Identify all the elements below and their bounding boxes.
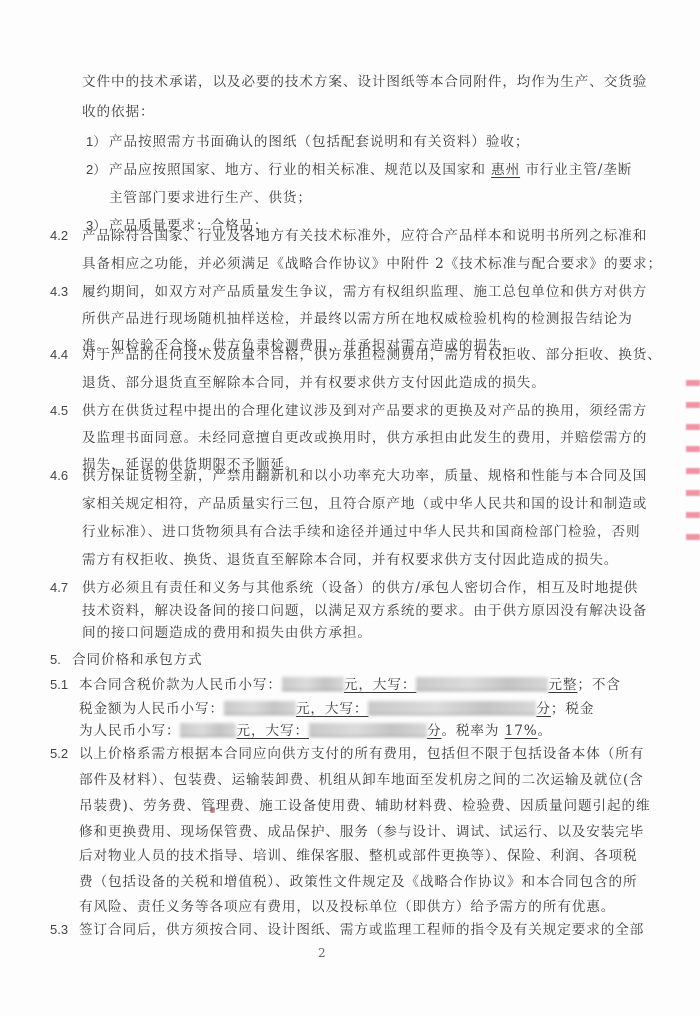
clause-5-3-line: 签订合同后，供方须按合同、设计图纸、需方或监理工程师的指令及有关规定要求的全部: [79, 920, 644, 940]
item-2-line-2: 主管部门要求进行生产、供货；: [109, 188, 312, 208]
clause-5-2-line: 后对物业人员的技术指导、培训、维保客服、整机或部件更换等）、保险、利润、各项税: [79, 846, 637, 866]
red-seal-stamp: [686, 380, 700, 550]
clause-5-1-line-2: 税金额为人民币小写：元，大写：分；税金: [79, 699, 594, 719]
clause-5-2-line: 修和更换费用、现场保管费、成品保护、服务（参与设计、调试、试运行、以及安装完毕: [79, 822, 644, 842]
page-number: 2: [318, 946, 326, 960]
clause-4-3-line: 所供产品进行现场随机抽样送检，并最终以需方所在地权威检验机构的检测报告结论为: [82, 309, 633, 329]
clause-5-1-line-3: 为人民币小写：元，大写：分。税率为 17%。: [79, 721, 552, 741]
clause-4-4-line: 退货、部分退货直至解除本合同，并有权要求供方支付因此造成的损失。: [82, 373, 546, 393]
clause-5-2-line: 部件及材料）、包装费、运输装卸费、机组从卸车地面至发机房之间的二次运输及就位(含: [79, 770, 644, 790]
redacted-amount-words: [368, 701, 536, 715]
clause-4-4-number: 4.4: [50, 345, 68, 365]
label: 。税率为: [441, 723, 504, 739]
label: 本合同含税价款为人民币小写：: [79, 677, 282, 693]
clause-4-7-line: 技术资料，解决设备间的接口问题，以满足双方系统的要求。由于供方原因没有解决设备: [82, 601, 647, 621]
clause-4-6-line: 行业标准）、进口货物须具有合法手续和途径并通过中华人民共和国商检部门检验，否则: [82, 522, 640, 542]
label: 元，大写：: [236, 723, 308, 739]
label: ；不含: [577, 677, 620, 693]
clause-4-5-line: 及监理书面同意。未经同意擅自更改或换用时，供方承担由此发生的费用，并赔偿需方的: [82, 428, 647, 448]
redacted-amount: [180, 723, 236, 737]
clause-5-1-number: 5.1: [50, 675, 68, 695]
intro-line-1: 文件中的技术承诺，以及必要的技术方案、设计图纸等本合同附件，均作为生产、交货验: [82, 72, 647, 92]
clause-4-4-line: 对于产品的任何技术及质量不合格，供方承担检测费用，需方有权拒收、部分拒收、换货、: [82, 345, 662, 365]
item-1-number: 1）: [86, 132, 106, 152]
clause-4-6-line: 供方保证货物全新，严禁用翻新机和以小功率充大功率，质量、规格和性能与本合同及国: [82, 466, 647, 486]
clause-5-2-number: 5.2: [50, 744, 68, 764]
item-2-number: 2）: [86, 160, 106, 180]
clause-4-7-line: 供方必须且有责任和义务与其他系统（设备）的供方/承包人密切合作，相互及时地提供: [82, 578, 638, 598]
redacted-amount: [282, 677, 344, 691]
redacted-amount-words: [309, 723, 427, 737]
clause-4-6-line: 家相关规定相符，产品质量实行三包，且符合原产地（或中华人民共和国的设计和制造或: [82, 494, 647, 514]
intro-line-2: 收的依据：: [82, 102, 154, 122]
label: 税金额为人民币小写：: [79, 701, 224, 717]
clause-4-6-number: 4.6: [50, 466, 68, 486]
clause-5-3-number: 5.3: [50, 920, 68, 940]
clause-5-2-line: 吊装费)、劳务费、管理费、施工设备使用费、辅助材料费、检验费、因质量问题引起的维: [79, 796, 650, 816]
clause-4-5-number: 4.5: [50, 401, 68, 421]
label: 分: [427, 723, 442, 739]
label: 元，大写：: [296, 701, 368, 717]
clause-4-3-line: 履约期间，如双方对产品质量发生争议，需方有权组织监理、施工总包单位和供方对供方: [82, 282, 647, 302]
label: 元，大写：: [344, 677, 416, 693]
clause-5-2-line: 费（包括设备的关税和增值税）、政策性文件规定及《战略合作协议》和本合同包含的所: [79, 872, 637, 892]
label: 元整: [548, 677, 577, 693]
clause-5-1-line-1: 本合同含税价款为人民币小写：元，大写：元整；不含: [79, 675, 621, 695]
clause-4-2-line: 产品除符合国家、行业及各地方有关技术标准外，应符合产品样本和说明书所列之标准和: [82, 226, 647, 246]
tax-rate: 17%: [505, 723, 538, 739]
clause-4-2-line: 具备相应之功能，并必须满足《战略合作协议》中附件 2《技术标准与配合要求》的要求…: [82, 254, 662, 274]
clause-5-2-line: 有风险、责任义务等各项应有费用，以及投标单位（即供方）给予需方的所有优惠。: [79, 897, 615, 917]
clause-5-2-line: 以上价格系需方根据本合同应向供方支付的所有费用，包括但不限于包括设备本体（所有: [79, 744, 644, 764]
clause-4-2-number: 4.2: [50, 226, 68, 246]
clause-4-5-line: 供方在供货过程中提出的合理化建议涉及到对产品要求的更换及对产品的换用，须经需方: [82, 401, 647, 421]
redacted-amount-words: [416, 677, 548, 691]
clause-4-6-line: 需方有权拒收、换货、退货直至解除本合同，并有权要求供方支付因此造成的损失。: [82, 550, 618, 570]
ink-mark: [210, 807, 215, 813]
clause-4-7-line: 间的接口问题造成的费用和损失由供方承担。: [82, 623, 372, 643]
label: ；税金: [551, 701, 594, 717]
label: 。: [538, 723, 553, 739]
item-1-text: 产品按照需方书面确认的图纸（包括配套说明和有关资料）验收；: [109, 132, 529, 152]
clause-4-3-number: 4.3: [50, 282, 68, 302]
label: 分: [536, 701, 551, 717]
section-5-number: 5.: [50, 650, 61, 670]
contract-page: 文件中的技术承诺，以及必要的技术方案、设计图纸等本合同附件，均作为生产、交货验 …: [0, 0, 700, 1016]
item-2-text: 产品应按照国家、地方、行业的相关标准、规范以及国家和 惠州 市行业主管/垄断: [109, 160, 632, 180]
clause-4-7-number: 4.7: [50, 578, 68, 598]
item-2-text-b: 市行业主管/垄断: [525, 162, 632, 178]
section-5-title: 合同价格和承包方式: [72, 650, 202, 670]
city-field: 惠州: [491, 162, 520, 178]
label: 为人民币小写：: [79, 723, 180, 739]
redacted-amount: [224, 701, 296, 715]
item-2-text-a: 产品应按照国家、地方、行业的相关标准、规范以及国家和: [109, 162, 486, 178]
